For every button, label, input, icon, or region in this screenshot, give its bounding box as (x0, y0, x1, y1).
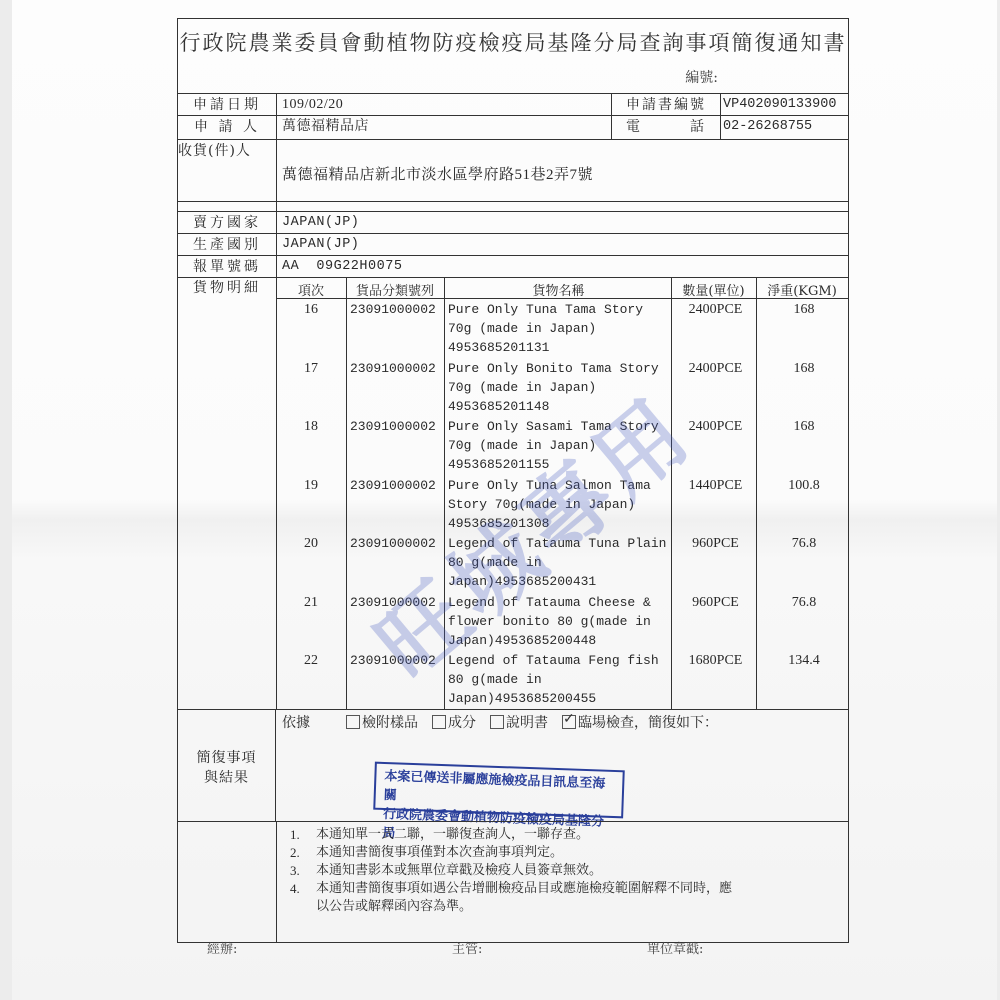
hs-code: 23091000002 (350, 536, 436, 551)
item-no: 16 (276, 302, 346, 318)
apply-date-row: 申請日期 109/02/20 申請書編號 VP402090133900 (178, 93, 848, 115)
checkbox-icon[interactable] (432, 715, 446, 729)
note-number: 4. (290, 880, 316, 916)
phone-value: 02-26268755 (723, 116, 812, 138)
hs-code: 23091000002 (350, 653, 436, 668)
net-weight: 134.4 (758, 653, 850, 669)
application-no-label: 申請書編號 (611, 94, 721, 115)
net-weight: 76.8 (758, 536, 850, 552)
notes-section: 1.本通知單一式二聯，一聯復查詢人，一聯存查。2.本通知書簡復事項僅對本次查詢事… (178, 821, 848, 942)
hs-code: 23091000002 (350, 478, 436, 493)
note-number: 1. (290, 826, 316, 844)
hs-code: 23091000002 (350, 361, 436, 376)
document-paper: 行政院農業委員會動植物防疫檢疫局基隆分局查詢事項簡復通知書 編號: 申請日期 1… (12, 0, 997, 1000)
applicant-value: 萬德福精品店 (282, 116, 369, 138)
quantity: 2400PCE (673, 302, 758, 318)
handler-signature: 經辦: (207, 938, 237, 957)
applicant-label: 申 請 人 (178, 116, 277, 139)
blank-row (178, 201, 848, 211)
basis-checkbox-group: 檢附樣品成分說明書臨場檢查，簡復如下： (346, 712, 732, 732)
hs-code: 23091000002 (350, 302, 436, 317)
declaration-no-value: AA 09G22H0075 (282, 256, 402, 278)
origin-country-value: JAPAN(JP) (282, 234, 359, 256)
declaration-no-row: 報單號碼 AA 09G22H0075 (178, 255, 848, 277)
table-row: 1923091000002Pure Only Tuna Salmon Tama … (276, 476, 848, 534)
header-goods-name: 貨物名稱 (446, 280, 671, 299)
application-no-value: VP402090133900 (723, 94, 836, 116)
item-no: 19 (276, 478, 346, 494)
table-row: 1623091000002Pure Only Tuna Tama Story 7… (276, 300, 848, 358)
header-net-weight: 淨重(KGM) (756, 280, 848, 299)
note-item: 2.本通知書簡復事項僅對本次查詢事項判定。 (290, 844, 732, 862)
quantity: 1680PCE (673, 653, 758, 669)
goods-detail-section: 貨物明細 項次 貨物名稱 貨品分類號列 數量(單位) 淨重(KGM) 16230… (178, 277, 848, 709)
note-item: 1.本通知單一式二聯，一聯復查詢人，一聯存查。 (290, 826, 732, 844)
basis-option-label: 臨場檢查，簡復如下： (578, 712, 718, 732)
note-text: 本通知書簡復事項如遇公告增刪檢疫品目或應施檢疫範圍解釋不同時，應 以公告或解釋函… (316, 880, 732, 916)
item-no: 20 (276, 536, 346, 552)
hs-code: 23091000002 (350, 419, 436, 434)
goods-detail-label: 貨物明細 (178, 278, 277, 709)
result-label-line1: 簡復事項 (178, 748, 275, 768)
seller-country-value: JAPAN(JP) (282, 212, 359, 234)
net-weight: 168 (758, 302, 850, 318)
result-label: 簡復事項 與結果 (178, 710, 276, 821)
blank-label-cell (178, 202, 277, 211)
applicant-row: 申 請 人 萬德福精品店 電 話 02-26268755 (178, 115, 848, 139)
item-no: 21 (276, 595, 346, 611)
note-item: 3.本通知書影本或無單位章戳及檢疫人員簽章無效。 (290, 862, 732, 880)
quantity: 960PCE (673, 595, 758, 611)
note-text: 本通知單一式二聯，一聯復查詢人，一聯存查。 (316, 826, 589, 844)
notice-form: 行政院農業委員會動植物防疫檢疫局基隆分局查詢事項簡復通知書 編號: 申請日期 1… (177, 18, 849, 943)
quantity: 2400PCE (673, 419, 758, 435)
result-label-line2: 與結果 (178, 768, 275, 788)
basis-label: 依據 (282, 712, 310, 732)
net-weight: 100.8 (758, 478, 850, 494)
notes-label-cell (178, 822, 277, 942)
goods-name: Legend of Tatauma Feng fish 80 g(made in… (448, 651, 673, 708)
goods-name: Pure Only Bonito Tama Story 70g (made in… (448, 359, 673, 416)
official-stamp: 本案已傳送非屬應施檢疫品目訊息至海關 行政院農委會動植物防疫檢疫局基隆分局 (373, 762, 625, 819)
basis-option[interactable]: 臨場檢查，簡復如下： (562, 712, 718, 732)
header-quantity: 數量(單位) (671, 280, 756, 299)
checkbox-icon[interactable] (346, 715, 360, 729)
net-weight: 168 (758, 361, 850, 377)
basis-option-label: 說明書 (506, 712, 548, 732)
item-no: 18 (276, 419, 346, 435)
seller-country-label: 賣方國家 (178, 212, 277, 233)
basis-option-label: 成分 (448, 712, 476, 732)
table-row: 2023091000002Legend of Tatauma Tuna Plai… (276, 534, 848, 592)
basis-option[interactable]: 檢附樣品 (346, 712, 418, 732)
document-title: 行政院農業委員會動植物防疫檢疫局基隆分局查詢事項簡復通知書 (178, 27, 848, 57)
net-weight: 168 (758, 419, 850, 435)
declaration-no-label: 報單號碼 (178, 256, 277, 277)
unit-seal: 單位章戳: (647, 938, 703, 957)
consignee-label: 收貨(件)人 (178, 140, 277, 201)
note-text: 本通知書影本或無單位章戳及檢疫人員簽章無效。 (316, 862, 602, 880)
basis-option[interactable]: 成分 (432, 712, 476, 732)
apply-date-label: 申請日期 (178, 94, 277, 115)
quantity: 960PCE (673, 536, 758, 552)
serial-number-label: 編號: (685, 67, 718, 87)
basis-option-label: 檢附樣品 (362, 712, 418, 732)
goods-name: Pure Only Tuna Salmon Tama Story 70g(mad… (448, 476, 673, 533)
item-no: 17 (276, 361, 346, 377)
checked-checkbox-icon[interactable] (562, 715, 576, 729)
quantity: 1440PCE (673, 478, 758, 494)
table-row: 2223091000002Legend of Tatauma Feng fish… (276, 651, 848, 709)
items-table: 項次 貨物名稱 貨品分類號列 數量(單位) 淨重(KGM) 1623091000… (276, 278, 848, 709)
note-text: 本通知書簡復事項僅對本次查詢事項判定。 (316, 844, 563, 862)
table-row: 2123091000002Legend of Tatauma Cheese & … (276, 593, 848, 651)
goods-name: Pure Only Sasami Tama Story 70g (made in… (448, 417, 673, 474)
origin-country-label: 生產國別 (178, 234, 277, 255)
consignee-value: 萬德福精品店新北市淡水區學府路51巷2弄7號 (282, 164, 593, 186)
origin-country-row: 生產國別 JAPAN(JP) (178, 233, 848, 255)
seller-country-row: 賣方國家 JAPAN(JP) (178, 211, 848, 233)
quantity: 2400PCE (673, 361, 758, 377)
note-number: 3. (290, 862, 316, 880)
goods-name: Pure Only Tuna Tama Story 70g (made in J… (448, 300, 673, 357)
apply-date-value: 109/02/20 (282, 94, 343, 116)
items-table-header: 項次 貨物名稱 貨品分類號列 數量(單位) 淨重(KGM) (276, 278, 848, 299)
net-weight: 76.8 (758, 595, 850, 611)
note-number: 2. (290, 844, 316, 862)
header-item-no: 項次 (276, 280, 346, 299)
header-hs-code: 貨品分類號列 (346, 280, 444, 299)
table-row: 1823091000002Pure Only Sasami Tama Story… (276, 417, 848, 475)
goods-name: Legend of Tatauma Tuna Plain 80 g(made i… (448, 534, 673, 591)
goods-name: Legend of Tatauma Cheese & flower bonito… (448, 593, 673, 650)
result-section: 簡復事項 與結果 依據 檢附樣品成分說明書臨場檢查，簡復如下： 本案已傳送非屬應… (178, 709, 848, 821)
hs-code: 23091000002 (350, 595, 436, 610)
phone-label: 電 話 (611, 116, 721, 139)
item-no: 22 (276, 653, 346, 669)
note-item: 4.本通知書簡復事項如遇公告增刪檢疫品目或應施檢疫範圍解釋不同時，應 以公告或解… (290, 880, 732, 916)
basis-option[interactable]: 說明書 (490, 712, 548, 732)
notes-list: 1.本通知單一式二聯，一聯復查詢人，一聯存查。2.本通知書簡復事項僅對本次查詢事… (290, 826, 732, 916)
checkbox-icon[interactable] (490, 715, 504, 729)
table-row: 1723091000002Pure Only Bonito Tama Story… (276, 359, 848, 417)
consignee-row: 收貨(件)人 萬德福精品店新北市淡水區學府路51巷2弄7號 (178, 139, 848, 201)
supervisor-signature: 主管: (452, 938, 482, 957)
basis-options: 依據 檢附樣品成分說明書臨場檢查，簡復如下： (282, 712, 732, 732)
